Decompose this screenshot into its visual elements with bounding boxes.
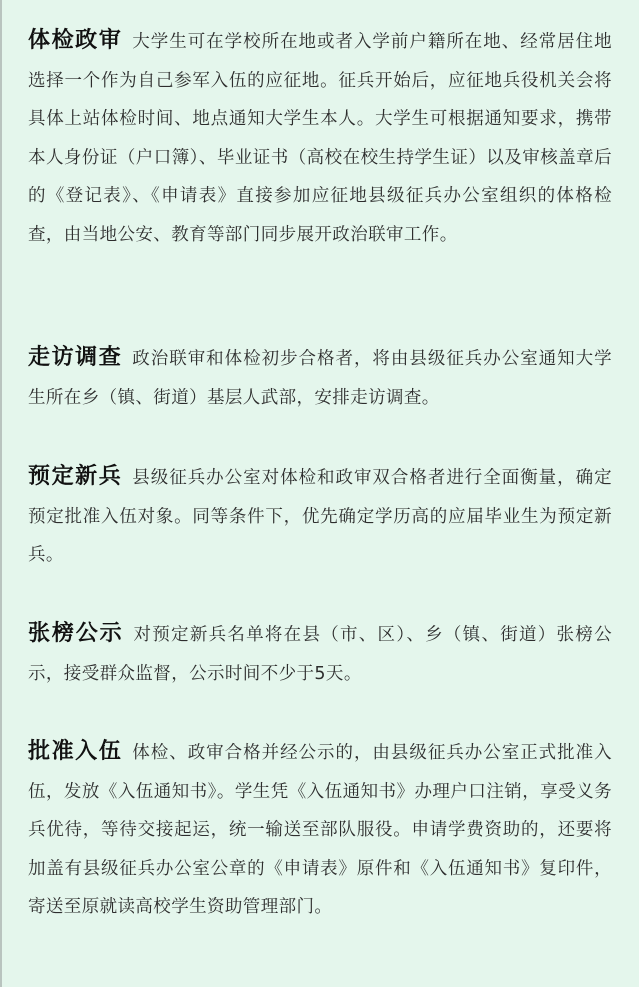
section-home-visit: 走访调查政治联审和体检初步合格者，将由县级征兵办公室通知大学生所在乡（镇、街道）… — [28, 339, 612, 417]
section-preliminary-recruits: 预定新兵县级征兵办公室对体检和政审双合格者进行全面衡量，确定预定批准入伍对象。同… — [28, 458, 612, 575]
section-public-notice: 张榜公示对预定新兵名单将在县（市、区）、乡（镇、街道）张榜公示，接受群众监督，公… — [28, 615, 612, 693]
section-heading: 批准入伍 — [28, 739, 122, 764]
section-physical-political-review: 体检政审大学生可在学校所在地或者入学前户籍所在地、经常居住地选择一个作为自己参军… — [28, 22, 612, 254]
section-enlistment-approval: 批准入伍体检、政审合格并经公示的，由县级征兵办公室正式批准入伍，发放《入伍通知书… — [28, 733, 612, 927]
section-heading: 预定新兵 — [28, 464, 122, 489]
section-body: 大学生可在学校所在地或者入学前户籍所在地、经常居住地选择一个作为自己参军入伍的应… — [28, 32, 612, 245]
left-border — [0, 0, 2, 987]
section-heading: 走访调查 — [28, 345, 122, 370]
section-body: 体检、政审合格并经公示的，由县级征兵办公室正式批准入伍，发放《入伍通知书》。学生… — [28, 743, 612, 917]
section-heading: 张榜公示 — [28, 621, 124, 646]
section-heading: 体检政审 — [28, 28, 122, 53]
